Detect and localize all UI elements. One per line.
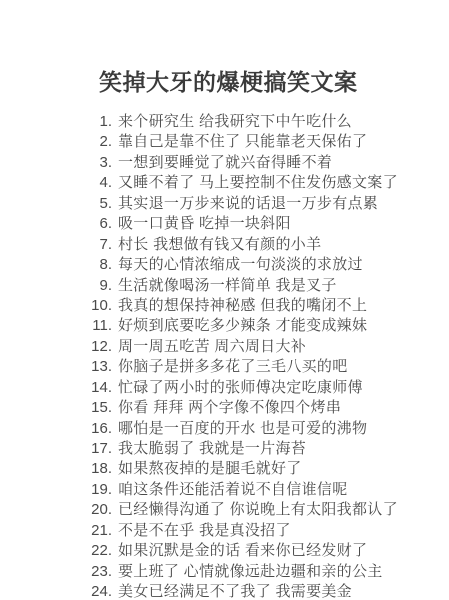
- list-item: 你看 拜拜 两个字像不像四个烤串: [0, 398, 449, 418]
- list-item: 周一周五吃苦 周六周日大补: [0, 337, 449, 357]
- list-item: 来个研究生 给我研究下中午吃什么: [0, 112, 449, 132]
- list-item: 我太脆弱了 我就是一片海苔: [0, 439, 449, 459]
- list-item: 每天的心情浓缩成一句淡淡的求放过: [0, 255, 449, 275]
- list-item: 吸一口黄昏 吃掉一块斜阳: [0, 214, 449, 234]
- list-item: 如果沉默是金的话 看来你已经发财了: [0, 541, 449, 561]
- list-item: 好烦到底要吃多少辣条 才能变成辣妹: [0, 316, 449, 336]
- page-title: 笑掉大牙的爆梗搞笑文案: [99, 68, 358, 96]
- list-item: 如果熬夜掉的是腿毛就好了: [0, 459, 449, 479]
- list-item: 美女已经满足不了我了 我需要美金: [0, 582, 449, 600]
- list-item: 我真的想保持神秘感 但我的嘴闭不上: [0, 296, 449, 316]
- list-item: 哪怕是一百度的开水 也是可爱的沸物: [0, 419, 449, 439]
- list-item: 你脑子是拼多多花了三毛八买的吧: [0, 357, 449, 377]
- list-item: 又睡不着了 马上要控制不住发伤感文案了: [0, 173, 449, 193]
- list-item: 靠自己是靠不住了 只能靠老天保佑了: [0, 132, 449, 152]
- list-item: 生活就像喝汤一样简单 我是叉子: [0, 276, 449, 296]
- list-item: 咱这条件还能活着说不自信谁信呢: [0, 480, 449, 500]
- list-item: 忙碌了两小时的张师傅决定吃康师傅: [0, 378, 449, 398]
- list-item: 已经懒得沟通了 你说晚上有太阳我都认了: [0, 500, 449, 520]
- quote-list: 来个研究生 给我研究下中午吃什么靠自己是靠不住了 只能靠老天保佑了一想到要睡觉了…: [0, 112, 449, 600]
- list-item: 不是不在乎 我是真没招了: [0, 521, 449, 541]
- list-item: 村长 我想做有钱又有颜的小羊: [0, 235, 449, 255]
- list-item: 要上班了 心情就像远赴边疆和亲的公主: [0, 562, 449, 582]
- list-item: 其实退一万步来说的话退一万步有点累: [0, 194, 449, 214]
- page-container: 笑掉大牙的爆梗搞笑文案 来个研究生 给我研究下中午吃什么靠自己是靠不住了 只能靠…: [0, 0, 449, 600]
- list-item: 一想到要睡觉了就兴奋得睡不着: [0, 153, 449, 173]
